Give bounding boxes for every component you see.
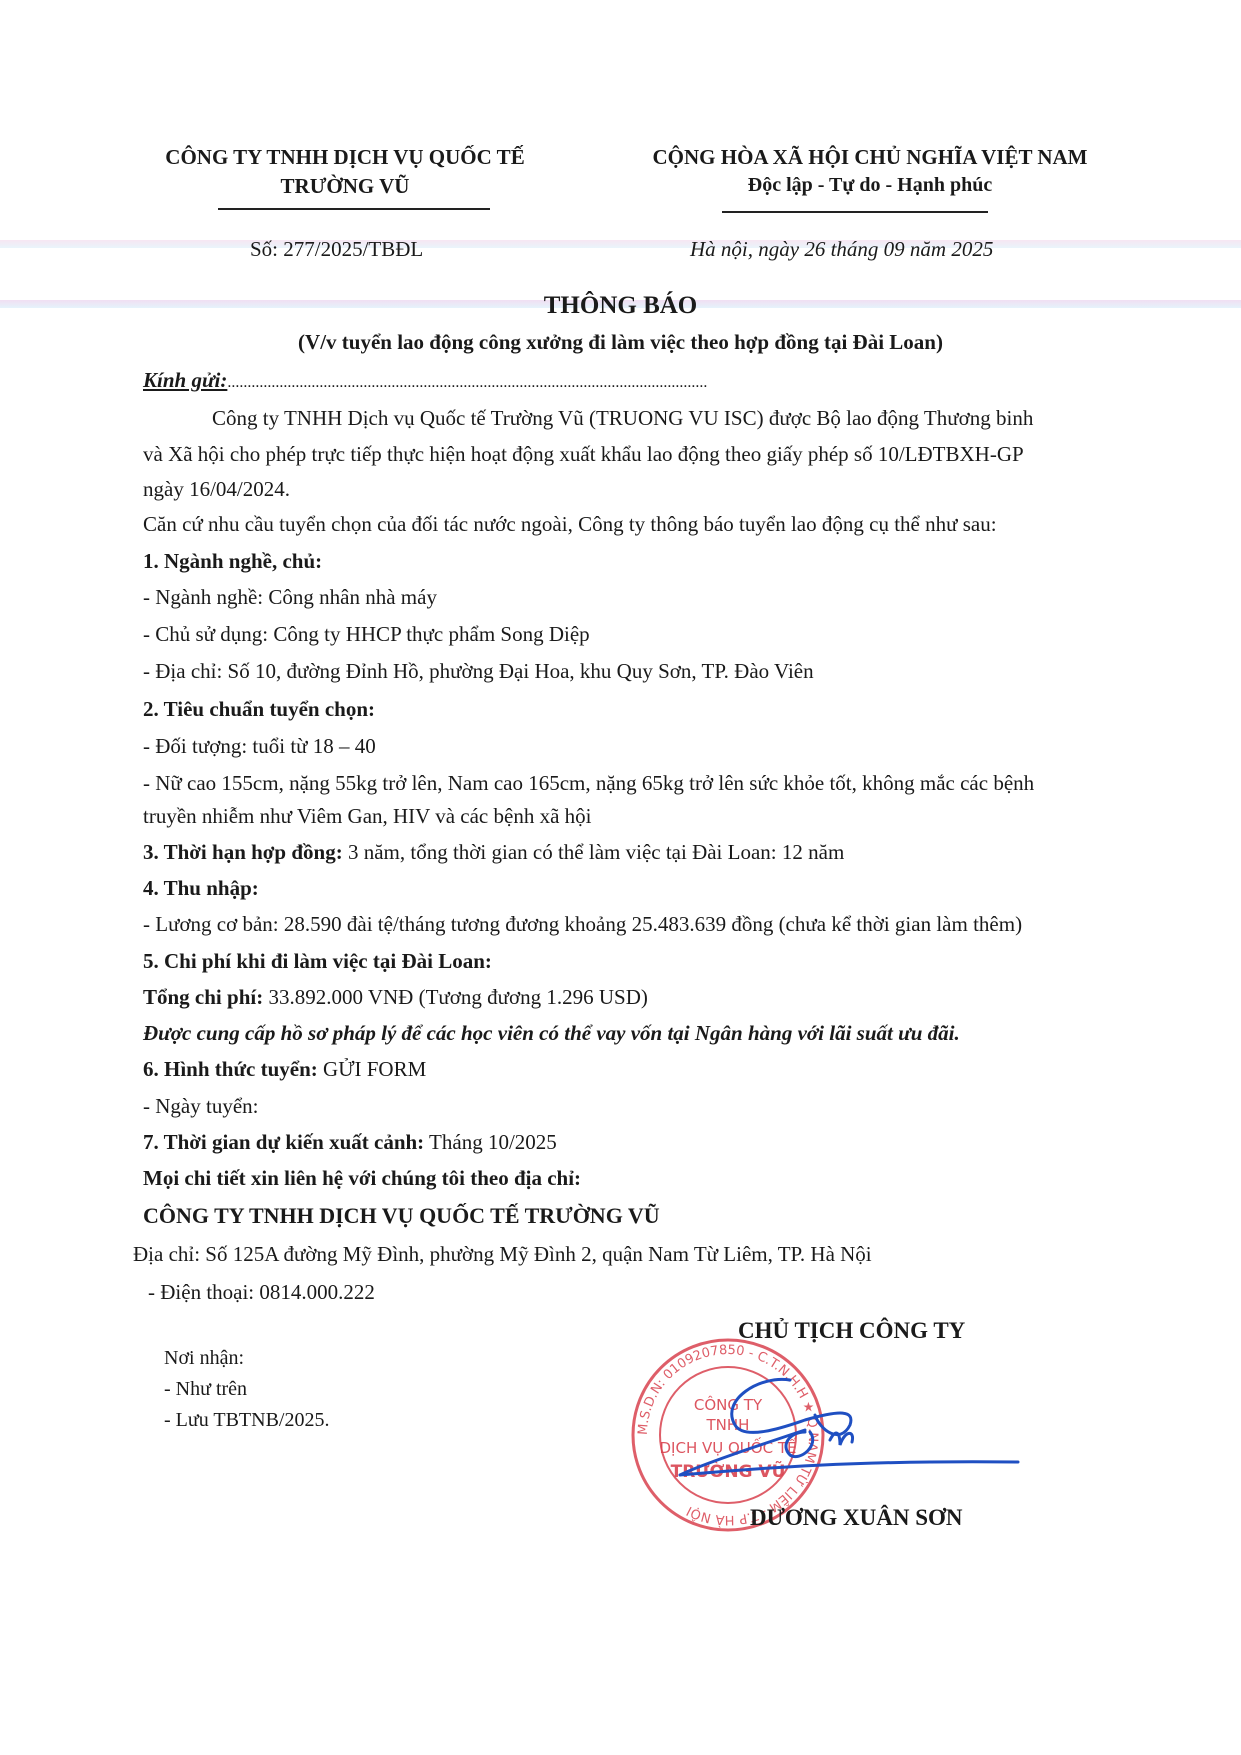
contact-address: Địa chỉ: Số 125A đường Mỹ Đình, phường M… bbox=[133, 1242, 872, 1267]
contact-company: CÔNG TY TNHH DỊCH VỤ QUỐC TẾ TRƯỜNG VŨ bbox=[143, 1203, 660, 1229]
section-7-departure: 7. Thời gian dự kiến xuất cảnh: Tháng 10… bbox=[143, 1130, 557, 1155]
contact-intro: Mọi chi tiết xin liên hệ với chúng tôi t… bbox=[143, 1166, 581, 1191]
employer-address: - Địa chỉ: Số 10, đường Đỉnh Hồ, phường … bbox=[143, 659, 814, 684]
document-number: Số: 277/2025/TBĐL bbox=[250, 237, 423, 262]
employer: - Chủ sử dụng: Công ty HHCP thực phẩm So… bbox=[143, 622, 590, 647]
signatory-name: DƯƠNG XUÂN SƠN bbox=[750, 1505, 963, 1531]
loan-note: Được cung cấp hồ sơ pháp lý để các học v… bbox=[143, 1021, 960, 1046]
section-1-heading: 1. Ngành nghề, chủ: bbox=[143, 549, 322, 574]
signatory-position: CHỦ TỊCH CÔNG TY bbox=[738, 1318, 965, 1344]
national-motto: CỘNG HÒA XÃ HỘI CHỦ NGHĨA VIỆT NAM Độc l… bbox=[600, 145, 1140, 197]
section-4-heading: 4. Thu nhập: bbox=[143, 876, 259, 901]
recipient-label: Kính gửi: bbox=[143, 368, 227, 392]
job-title: - Ngành nghề: Công nhân nhà máy bbox=[143, 585, 437, 610]
section-6-recruitment: 6. Hình thức tuyển: GỬI FORM bbox=[143, 1057, 426, 1082]
section-3-contract: 3. Thời hạn hợp đồng: 3 năm, tổng thời g… bbox=[143, 840, 844, 865]
recruitment-date: - Ngày tuyển: bbox=[143, 1094, 258, 1119]
intro-paragraph-cont: ngày 16/04/2024. bbox=[143, 477, 290, 502]
signature-icon bbox=[640, 1370, 1020, 1500]
intro-paragraph: Công ty TNHH Dịch vụ Quốc tế Trường Vũ (… bbox=[212, 406, 1033, 431]
contact-phone: - Điện thoại: 0814.000.222 bbox=[148, 1280, 375, 1305]
document-subject: (V/v tuyển lao động công xưởng đi làm vi… bbox=[0, 330, 1241, 355]
section-5-heading: 5. Chi phí khi đi làm việc tại Đài Loan: bbox=[143, 949, 492, 974]
section-2-heading: 2. Tiêu chuẩn tuyển chọn: bbox=[143, 697, 375, 722]
recipient-dots: ........................................… bbox=[227, 374, 707, 391]
health-requirement: - Nữ cao 155cm, nặng 55kg trở lên, Nam c… bbox=[143, 771, 1034, 796]
intro-basis: Căn cứ nhu cầu tuyển chọn của đối tác nư… bbox=[143, 512, 997, 537]
health-requirement-cont: truyền nhiễm như Viêm Gan, HIV và các bệ… bbox=[143, 804, 591, 829]
company-name: CÔNG TY TNHH DỊCH VỤ QUỐC TẾ TRƯỜNG VŨ bbox=[140, 145, 550, 199]
header-underline bbox=[218, 208, 490, 210]
scan-artifact bbox=[0, 240, 1241, 248]
basic-salary: - Lương cơ bản: 28.590 đài tệ/tháng tươn… bbox=[143, 912, 1022, 937]
intro-paragraph-cont: và Xã hội cho phép trực tiếp thực hiện h… bbox=[143, 442, 1024, 467]
document-title: THÔNG BÁO bbox=[0, 292, 1241, 320]
recipients-block: Nơi nhận: - Như trên - Lưu TBTNB/2025. bbox=[164, 1343, 329, 1436]
age-requirement: - Đối tượng: tuổi từ 18 – 40 bbox=[143, 734, 376, 759]
motto-underline bbox=[722, 211, 988, 213]
total-cost: Tổng chi phí: 33.892.000 VNĐ (Tương đươn… bbox=[143, 985, 648, 1010]
recipient-line: Kính gửi:...............................… bbox=[143, 368, 707, 393]
place-date: Hà nội, ngày 26 tháng 09 năm 2025 bbox=[690, 237, 993, 262]
